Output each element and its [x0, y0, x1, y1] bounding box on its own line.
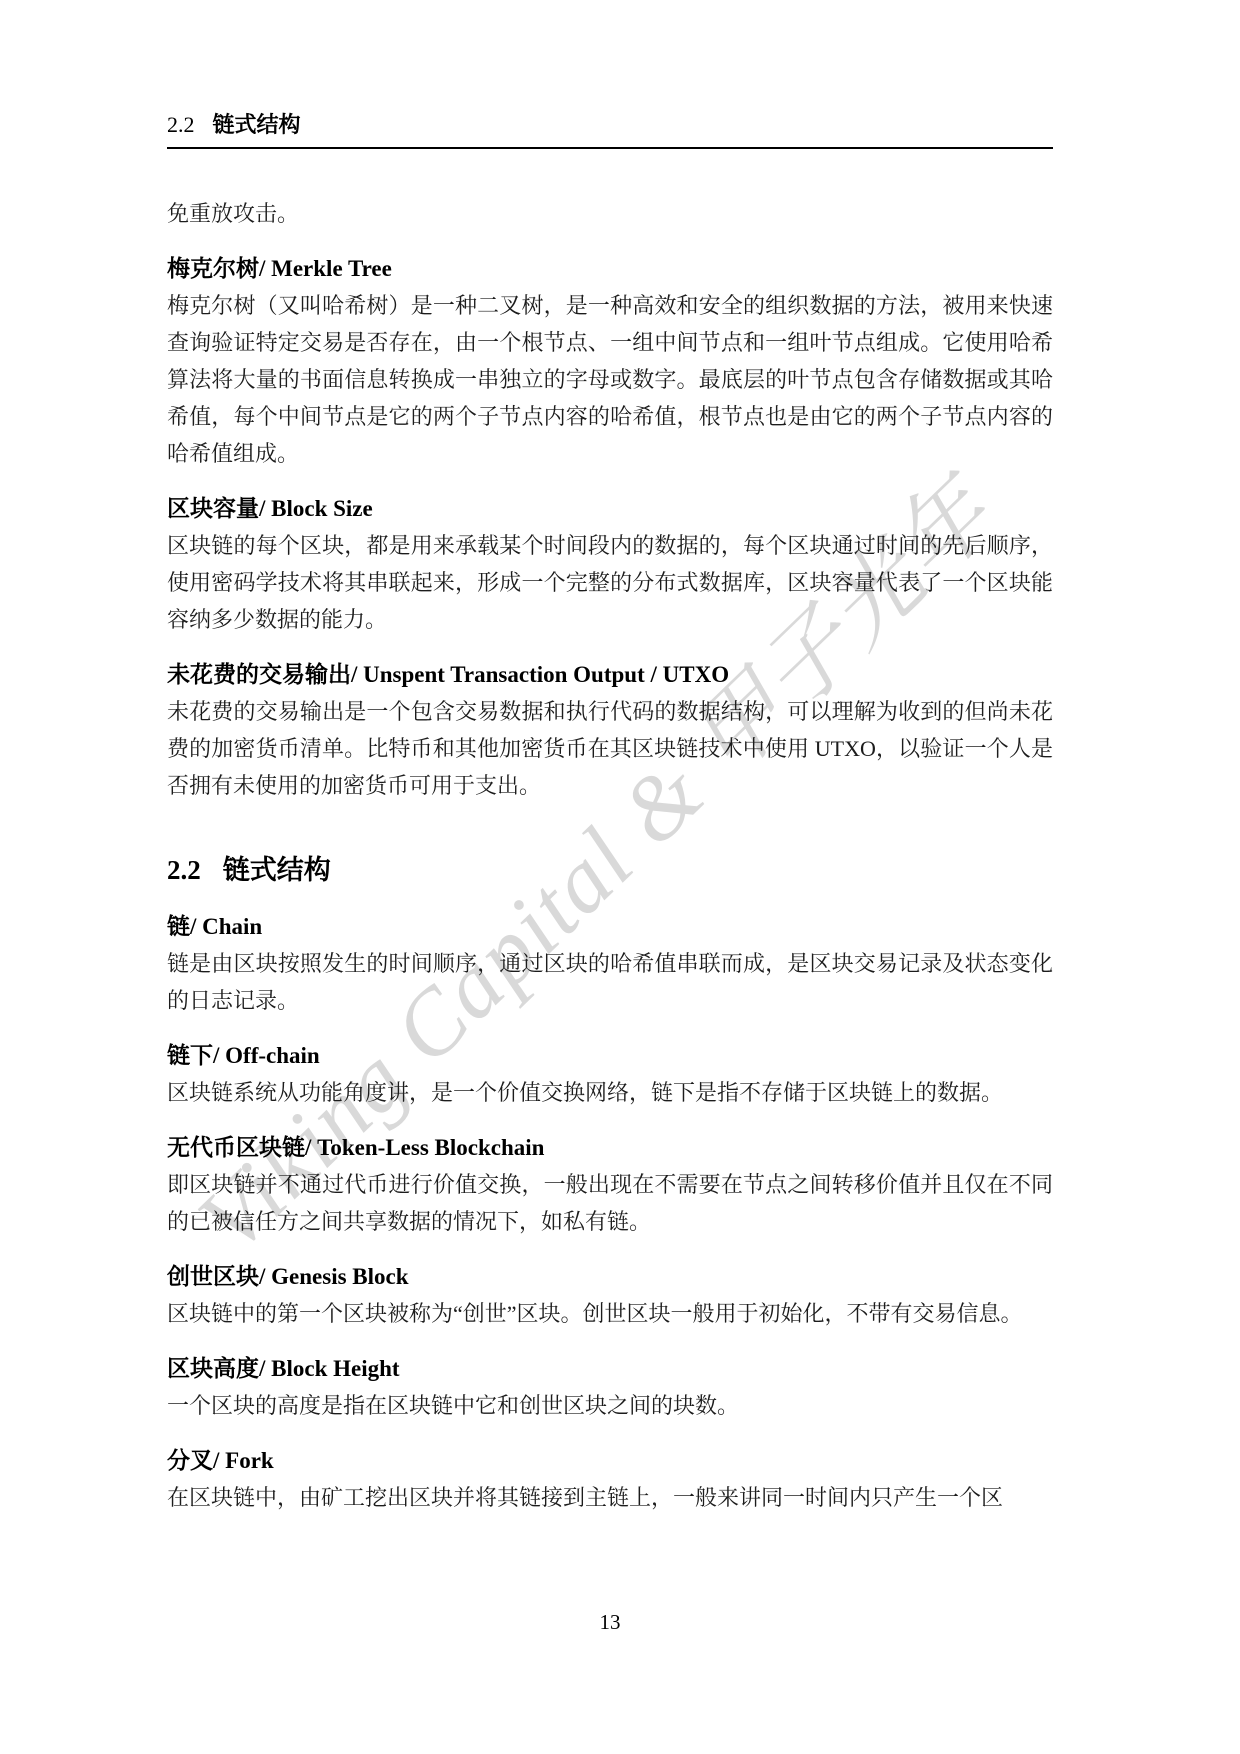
term-name-zh: 未花费的交易输出	[167, 661, 351, 687]
section-heading: 2.2 链式结构	[167, 850, 1053, 890]
term-separator: /	[213, 1448, 225, 1473]
term-definition: 在区块链中，由矿工挖出区块并将其链接到主链上，一般来讲同一时间内只产生一个区	[167, 1479, 1053, 1516]
glossary-term: 区块高度/ Block Height 一个区块的高度是指在区块链中它和创世区块之…	[167, 1350, 1053, 1424]
term-name-en: Genesis Block	[271, 1264, 408, 1289]
term-heading: 区块高度/ Block Height	[167, 1350, 1053, 1387]
term-name-zh: 梅克尔树	[167, 255, 259, 281]
term-separator: /	[259, 496, 271, 521]
running-header-title: 链式结构	[213, 112, 301, 138]
term-name-en: Token-Less Blockchain	[317, 1135, 544, 1160]
glossary-terms-bottom: 链/ Chain 链是由区块按照发生的时间顺序，通过区块的哈希值串联而成，是区块…	[167, 908, 1053, 1516]
page-number: 13	[167, 1610, 1053, 1635]
term-name-en: Unspent Transaction Output / UTXO	[363, 662, 729, 687]
term-separator: /	[351, 662, 363, 687]
term-separator: /	[305, 1135, 317, 1160]
term-name-en: Fork	[225, 1448, 274, 1473]
page-content: 免重放攻击。 梅克尔树/ Merkle Tree 梅克尔树（又叫哈希树）是一种二…	[167, 149, 1053, 1516]
term-definition: 区块链的每个区块，都是用来承载某个时间段内的数据的，每个区块通过时间的先后顺序，…	[167, 527, 1053, 638]
glossary-term: 梅克尔树/ Merkle Tree 梅克尔树（又叫哈希树）是一种二叉树，是一种高…	[167, 250, 1053, 472]
term-name-zh: 区块容量	[167, 495, 259, 521]
term-definition: 区块链系统从功能角度讲，是一个价值交换网络，链下是指不存储于区块链上的数据。	[167, 1074, 1053, 1111]
term-separator: /	[190, 914, 202, 939]
term-heading: 创世区块/ Genesis Block	[167, 1258, 1053, 1295]
term-separator: /	[259, 256, 271, 281]
glossary-term: 链下/ Off-chain 区块链系统从功能角度讲，是一个价值交换网络，链下是指…	[167, 1037, 1053, 1111]
term-name-en: Block Size	[271, 496, 373, 521]
term-heading: 梅克尔树/ Merkle Tree	[167, 250, 1053, 287]
term-heading: 链/ Chain	[167, 908, 1053, 945]
section-title: 链式结构	[223, 850, 331, 890]
term-name-zh: 区块高度	[167, 1355, 259, 1381]
glossary-term: 链/ Chain 链是由区块按照发生的时间顺序，通过区块的哈希值串联而成，是区块…	[167, 908, 1053, 1019]
term-separator: /	[259, 1264, 271, 1289]
term-definition: 区块链中的第一个区块被称为“创世”区块。创世区块一般用于初始化，不带有交易信息。	[167, 1295, 1053, 1332]
term-heading: 未花费的交易输出/ Unspent Transaction Output / U…	[167, 656, 1053, 693]
glossary-terms-top: 梅克尔树/ Merkle Tree 梅克尔树（又叫哈希树）是一种二叉树，是一种高…	[167, 250, 1053, 804]
term-heading: 区块容量/ Block Size	[167, 490, 1053, 527]
term-name-en: Chain	[202, 914, 262, 939]
term-definition: 即区块链并不通过代币进行价值交换，一般出现在不需要在节点之间转移价值并且仅在不同…	[167, 1166, 1053, 1240]
term-definition: 链是由区块按照发生的时间顺序，通过区块的哈希值串联而成，是区块交易记录及状态变化…	[167, 945, 1053, 1019]
term-heading: 无代币区块链/ Token-Less Blockchain	[167, 1129, 1053, 1166]
term-name-zh: 分叉	[167, 1447, 213, 1473]
term-heading: 分叉/ Fork	[167, 1442, 1053, 1479]
term-definition: 梅克尔树（又叫哈希树）是一种二叉树，是一种高效和安全的组织数据的方法，被用来快速…	[167, 287, 1053, 472]
term-definition: 一个区块的高度是指在区块链中它和创世区块之间的块数。	[167, 1387, 1053, 1424]
term-name-zh: 链	[167, 913, 190, 939]
carryover-paragraph: 免重放攻击。	[167, 195, 1053, 232]
term-name-en: Merkle Tree	[271, 256, 392, 281]
term-heading: 链下/ Off-chain	[167, 1037, 1053, 1074]
running-header: 2.2 链式结构	[167, 112, 1053, 149]
text-column: 2.2 链式结构 免重放攻击。 梅克尔树/ Merkle Tree 梅克尔树（又…	[167, 112, 1053, 1516]
term-definition: 未花费的交易输出是一个包含交易数据和执行代码的数据结构，可以理解为收到的但尚未花…	[167, 693, 1053, 804]
glossary-term: 区块容量/ Block Size 区块链的每个区块，都是用来承载某个时间段内的数…	[167, 490, 1053, 638]
glossary-term: 无代币区块链/ Token-Less Blockchain 即区块链并不通过代币…	[167, 1129, 1053, 1240]
document-page: Viking Capital & 甲子光年 2.2 链式结构 免重放攻击。 梅克…	[0, 0, 1240, 1754]
section-number: 2.2	[167, 850, 201, 890]
term-name-zh: 链下	[167, 1042, 213, 1068]
glossary-term: 分叉/ Fork 在区块链中，由矿工挖出区块并将其链接到主链上，一般来讲同一时间…	[167, 1442, 1053, 1516]
glossary-term: 创世区块/ Genesis Block 区块链中的第一个区块被称为“创世”区块。…	[167, 1258, 1053, 1332]
glossary-term: 未花费的交易输出/ Unspent Transaction Output / U…	[167, 656, 1053, 804]
term-name-zh: 创世区块	[167, 1263, 259, 1289]
running-header-number: 2.2	[167, 112, 195, 138]
term-separator: /	[213, 1043, 225, 1068]
term-name-en: Off-chain	[225, 1043, 320, 1068]
term-name-en: Block Height	[271, 1356, 399, 1381]
term-separator: /	[259, 1356, 271, 1381]
term-name-zh: 无代币区块链	[167, 1134, 305, 1160]
